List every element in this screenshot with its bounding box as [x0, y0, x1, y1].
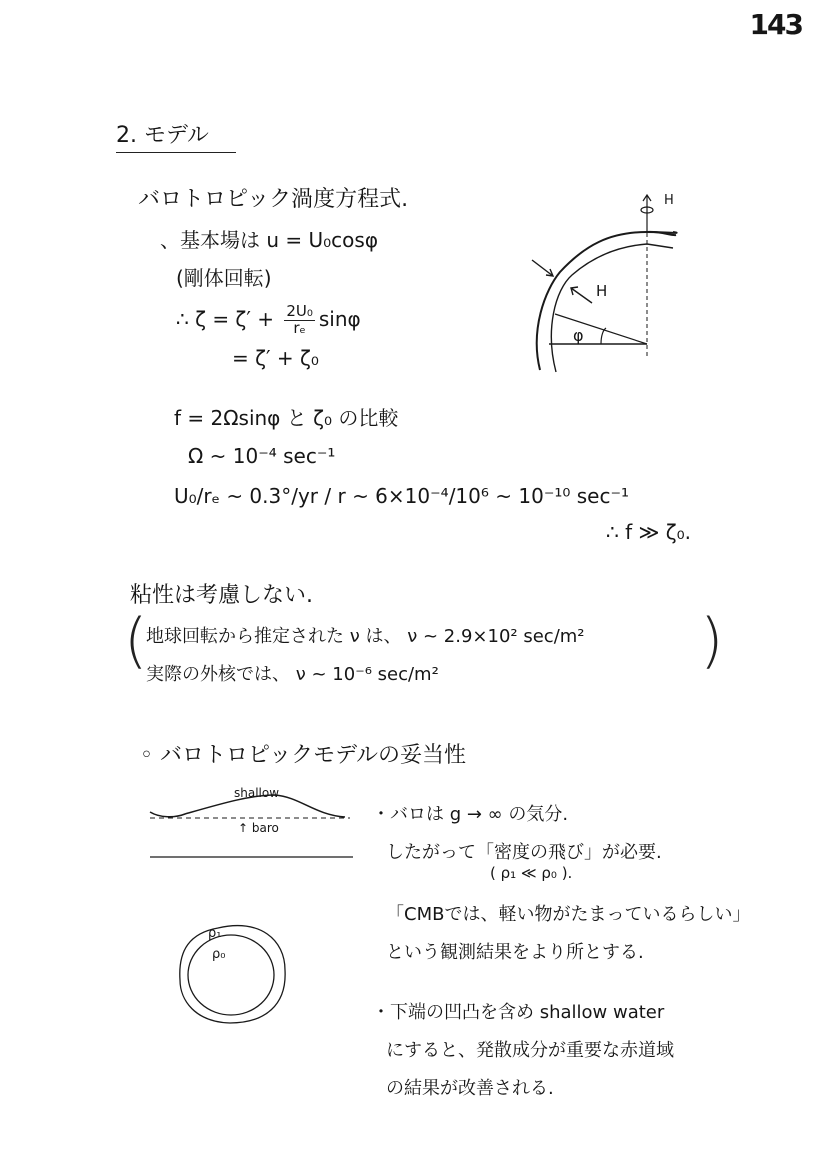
bullet1-line3: ( ρ₁ ≪ ρ₀ ).: [490, 864, 572, 882]
bullet2-line3: の結果が改善される.: [386, 1074, 554, 1100]
rho1-label: ρ₁: [208, 926, 221, 941]
bullet2-line2: にすると、発散成分が重要な赤道域: [386, 1036, 674, 1062]
bullet2-line1: ・下端の凹凸を含め shallow water: [372, 998, 664, 1024]
rho0-label: ρ₀: [212, 947, 225, 962]
bullet1-line2: したがって「密度の飛び」が必要.: [386, 838, 662, 864]
bullet1-line1: ・バロは g → ∞ の気分.: [372, 800, 568, 826]
bullet1-line4: 「CMBでは、軽い物がたまっているらしい」: [386, 900, 750, 926]
core-circle-svg: [0, 0, 828, 1167]
bullet1-line5: という観測結果をより所とする.: [386, 938, 644, 964]
